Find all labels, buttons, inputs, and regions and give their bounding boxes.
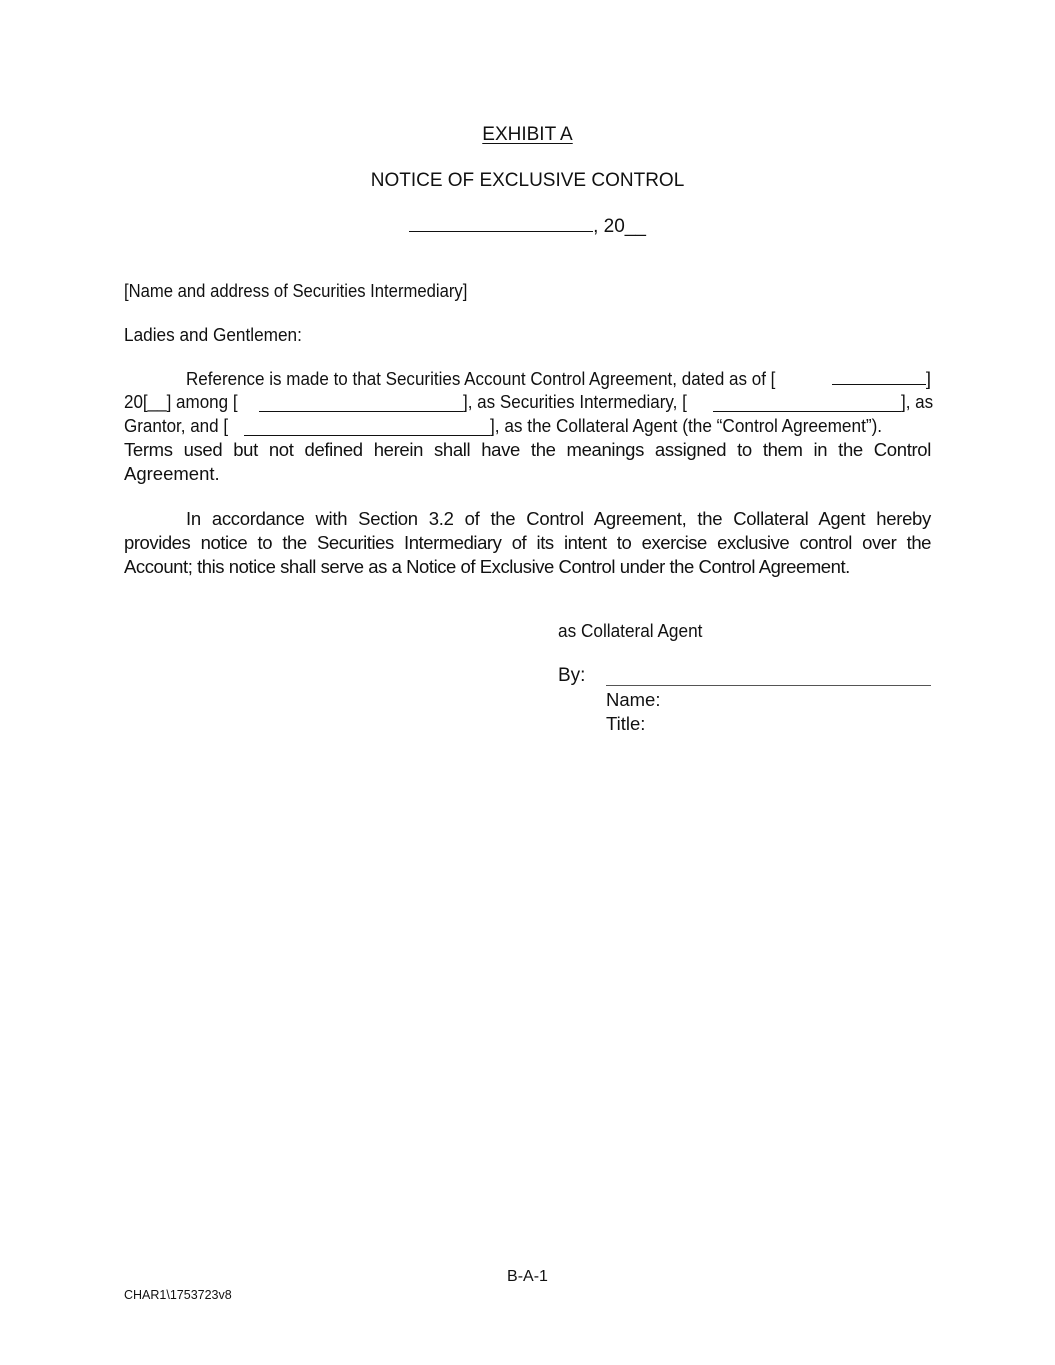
- para2-line1: In accordance with Section 3.2 of the Co…: [124, 507, 931, 531]
- date-line: , 20__: [0, 214, 1055, 238]
- date-suffix: , 20__: [593, 216, 646, 237]
- line2-middle-text: ], as Securities Intermediary, [: [463, 391, 687, 413]
- para1-line2-overlay: 20[__] among [ ], as Securities Intermed…: [124, 391, 931, 415]
- line2-prefix-text: 20[__] among [: [124, 391, 238, 413]
- line2-prefix: 20[__] among [: [124, 391, 247, 413]
- securities-intermediary-blank[interactable]: [259, 394, 463, 412]
- page-number: B-A-1: [0, 1268, 1055, 1286]
- signature-title-label: Title:: [606, 713, 645, 735]
- line2-suffix-text: ], as: [901, 391, 933, 413]
- para2-line2: provides notice to the Securities Interm…: [124, 531, 931, 555]
- line2-middle: ], as Securities Intermediary, [: [463, 391, 706, 413]
- notice-title: NOTICE OF EXCLUSIVE CONTROL: [0, 170, 1055, 192]
- document-id: CHAR1\1753723v8: [124, 1288, 232, 1302]
- line5-text: Agreement.: [124, 463, 220, 484]
- bracket-close: ]: [926, 368, 931, 389]
- para2-line3: Account; this notice shall serve as a No…: [124, 555, 931, 579]
- para1-line1-text: Reference is made to that Securities Acc…: [186, 367, 775, 391]
- signature-line[interactable]: [606, 685, 931, 686]
- collateral-agent-blank[interactable]: [244, 418, 490, 436]
- date-blank[interactable]: [409, 214, 593, 232]
- line3-prefix: Grantor, and [: [124, 415, 237, 437]
- notice-paragraph: In accordance with Section 3.2 of the Co…: [124, 507, 931, 579]
- exhibit-title: EXHIBIT A: [0, 124, 1055, 146]
- para1-line4-overlay: Terms used but not defined herein shall …: [124, 439, 931, 463]
- grantor-blank[interactable]: [713, 394, 901, 412]
- addressee-placeholder: [Name and address of Securities Intermed…: [124, 280, 505, 302]
- signature-role: as Collateral Agent: [558, 620, 713, 642]
- line3-suffix-text: ], as the Collateral Agent (the “Control…: [490, 415, 882, 437]
- para1-line5-overlay: Agreement.: [124, 463, 220, 485]
- para1-line1: Reference is made to that Securities Acc…: [124, 367, 931, 391]
- addressee-text: [Name and address of Securities Intermed…: [124, 280, 467, 302]
- salutation: Ladies and Gentlemen:: [124, 324, 315, 346]
- para1-line3-overlay: Grantor, and [ ], as the Collateral Agen…: [124, 415, 931, 439]
- line2-suffix: ], as: [901, 391, 936, 413]
- signature-role-text: as Collateral Agent: [558, 620, 702, 642]
- agreement-date-blank[interactable]: [832, 367, 926, 385]
- line3-suffix: ], as the Collateral Agent (the “Control…: [490, 415, 912, 437]
- signature-name-label: Name:: [606, 689, 661, 711]
- salutation-text: Ladies and Gentlemen:: [124, 324, 302, 346]
- line4-text: Terms used but not defined herein shall …: [124, 439, 931, 460]
- signature-by-label: By:: [558, 665, 585, 687]
- line3-prefix-text: Grantor, and [: [124, 415, 228, 437]
